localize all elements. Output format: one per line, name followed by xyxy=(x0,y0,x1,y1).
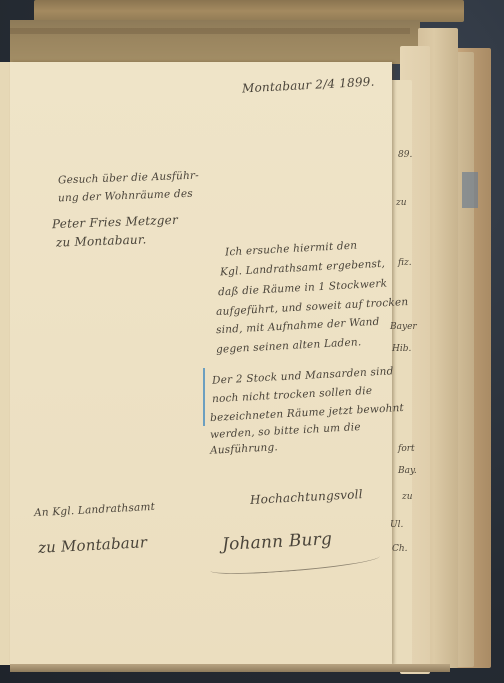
margin-note: zu xyxy=(402,492,413,502)
margin-note: Ch. xyxy=(392,544,408,554)
letter-page xyxy=(10,62,392,665)
margin-note: fort xyxy=(398,444,415,454)
margin-note: 89. xyxy=(398,150,412,160)
binding-bottom-edge xyxy=(10,664,450,672)
margin-note: Hib. xyxy=(392,344,411,354)
blue-tab xyxy=(462,172,478,208)
folder-crease xyxy=(10,28,410,34)
margin-note: Bay. xyxy=(398,466,417,476)
blue-pencil-mark xyxy=(203,368,205,426)
margin-note: zu xyxy=(396,198,407,208)
document-photo: 89. zu fiz. Bayer Hib. fort Bay. zu Ul. … xyxy=(0,0,504,683)
folder-top-edge xyxy=(10,20,420,64)
margin-note: Bayer xyxy=(390,322,417,332)
binding-top-edge xyxy=(34,0,464,22)
margin-note: fiz. xyxy=(398,258,412,268)
margin-note: Ul. xyxy=(390,520,403,530)
